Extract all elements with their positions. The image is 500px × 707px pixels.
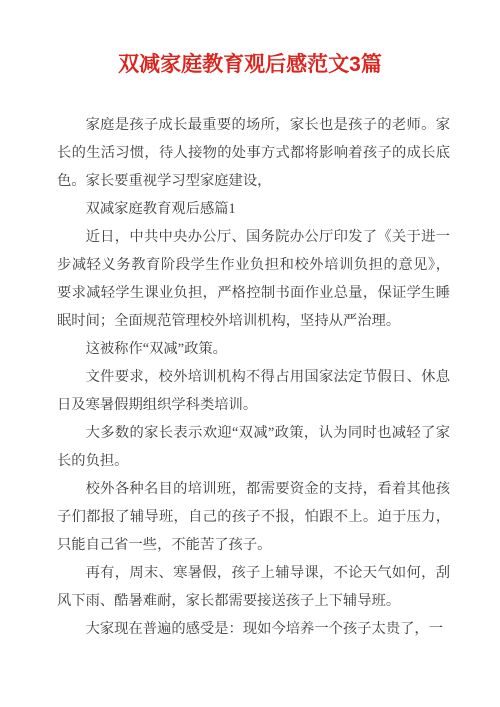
section-subtitle: 双减家庭教育观后感篇1 xyxy=(57,195,450,223)
paragraph-intro: 家庭是孩子成长最重要的场所，家长也是孩子的老师。家长的生活习惯，待人接物的处事方… xyxy=(57,111,450,195)
paragraph: 近日，中共中央办公厅、国务院办公厅印发了《关于进一步减轻义务教育阶段学生作业负担… xyxy=(57,223,450,335)
paragraph: 这被称作“双减”政策。 xyxy=(57,335,450,363)
paragraph: 文件要求，校外培训机构不得占用国家法定节假日、休息日及寒暑假期组织学科类培训。 xyxy=(57,363,450,419)
document-title: 双减家庭教育观后感范文3篇 xyxy=(0,0,500,80)
document-page: 双减家庭教育观后感范文3篇 家庭是孩子成长最重要的场所，家长也是孩子的老师。家长… xyxy=(0,0,500,707)
paragraph: 大多数的家长表示欢迎“双减”政策，认为同时也减轻了家长的负担。 xyxy=(57,419,450,475)
paragraph-truncated: 大家现在普遍的感受是：现如今培养一个孩子太贵了，一 xyxy=(57,615,450,643)
document-body: 家庭是孩子成长最重要的场所，家长也是孩子的老师。家长的生活习惯，待人接物的处事方… xyxy=(0,80,500,643)
paragraph: 校外各种名目的培训班，都需要资金的支持，看着其他孩子们都报了辅导班，自己的孩子不… xyxy=(57,475,450,559)
paragraph: 再有，周末、寒暑假，孩子上辅导课，不论天气如何，刮风下雨、酷暑难耐，家长都需要接… xyxy=(57,559,450,615)
